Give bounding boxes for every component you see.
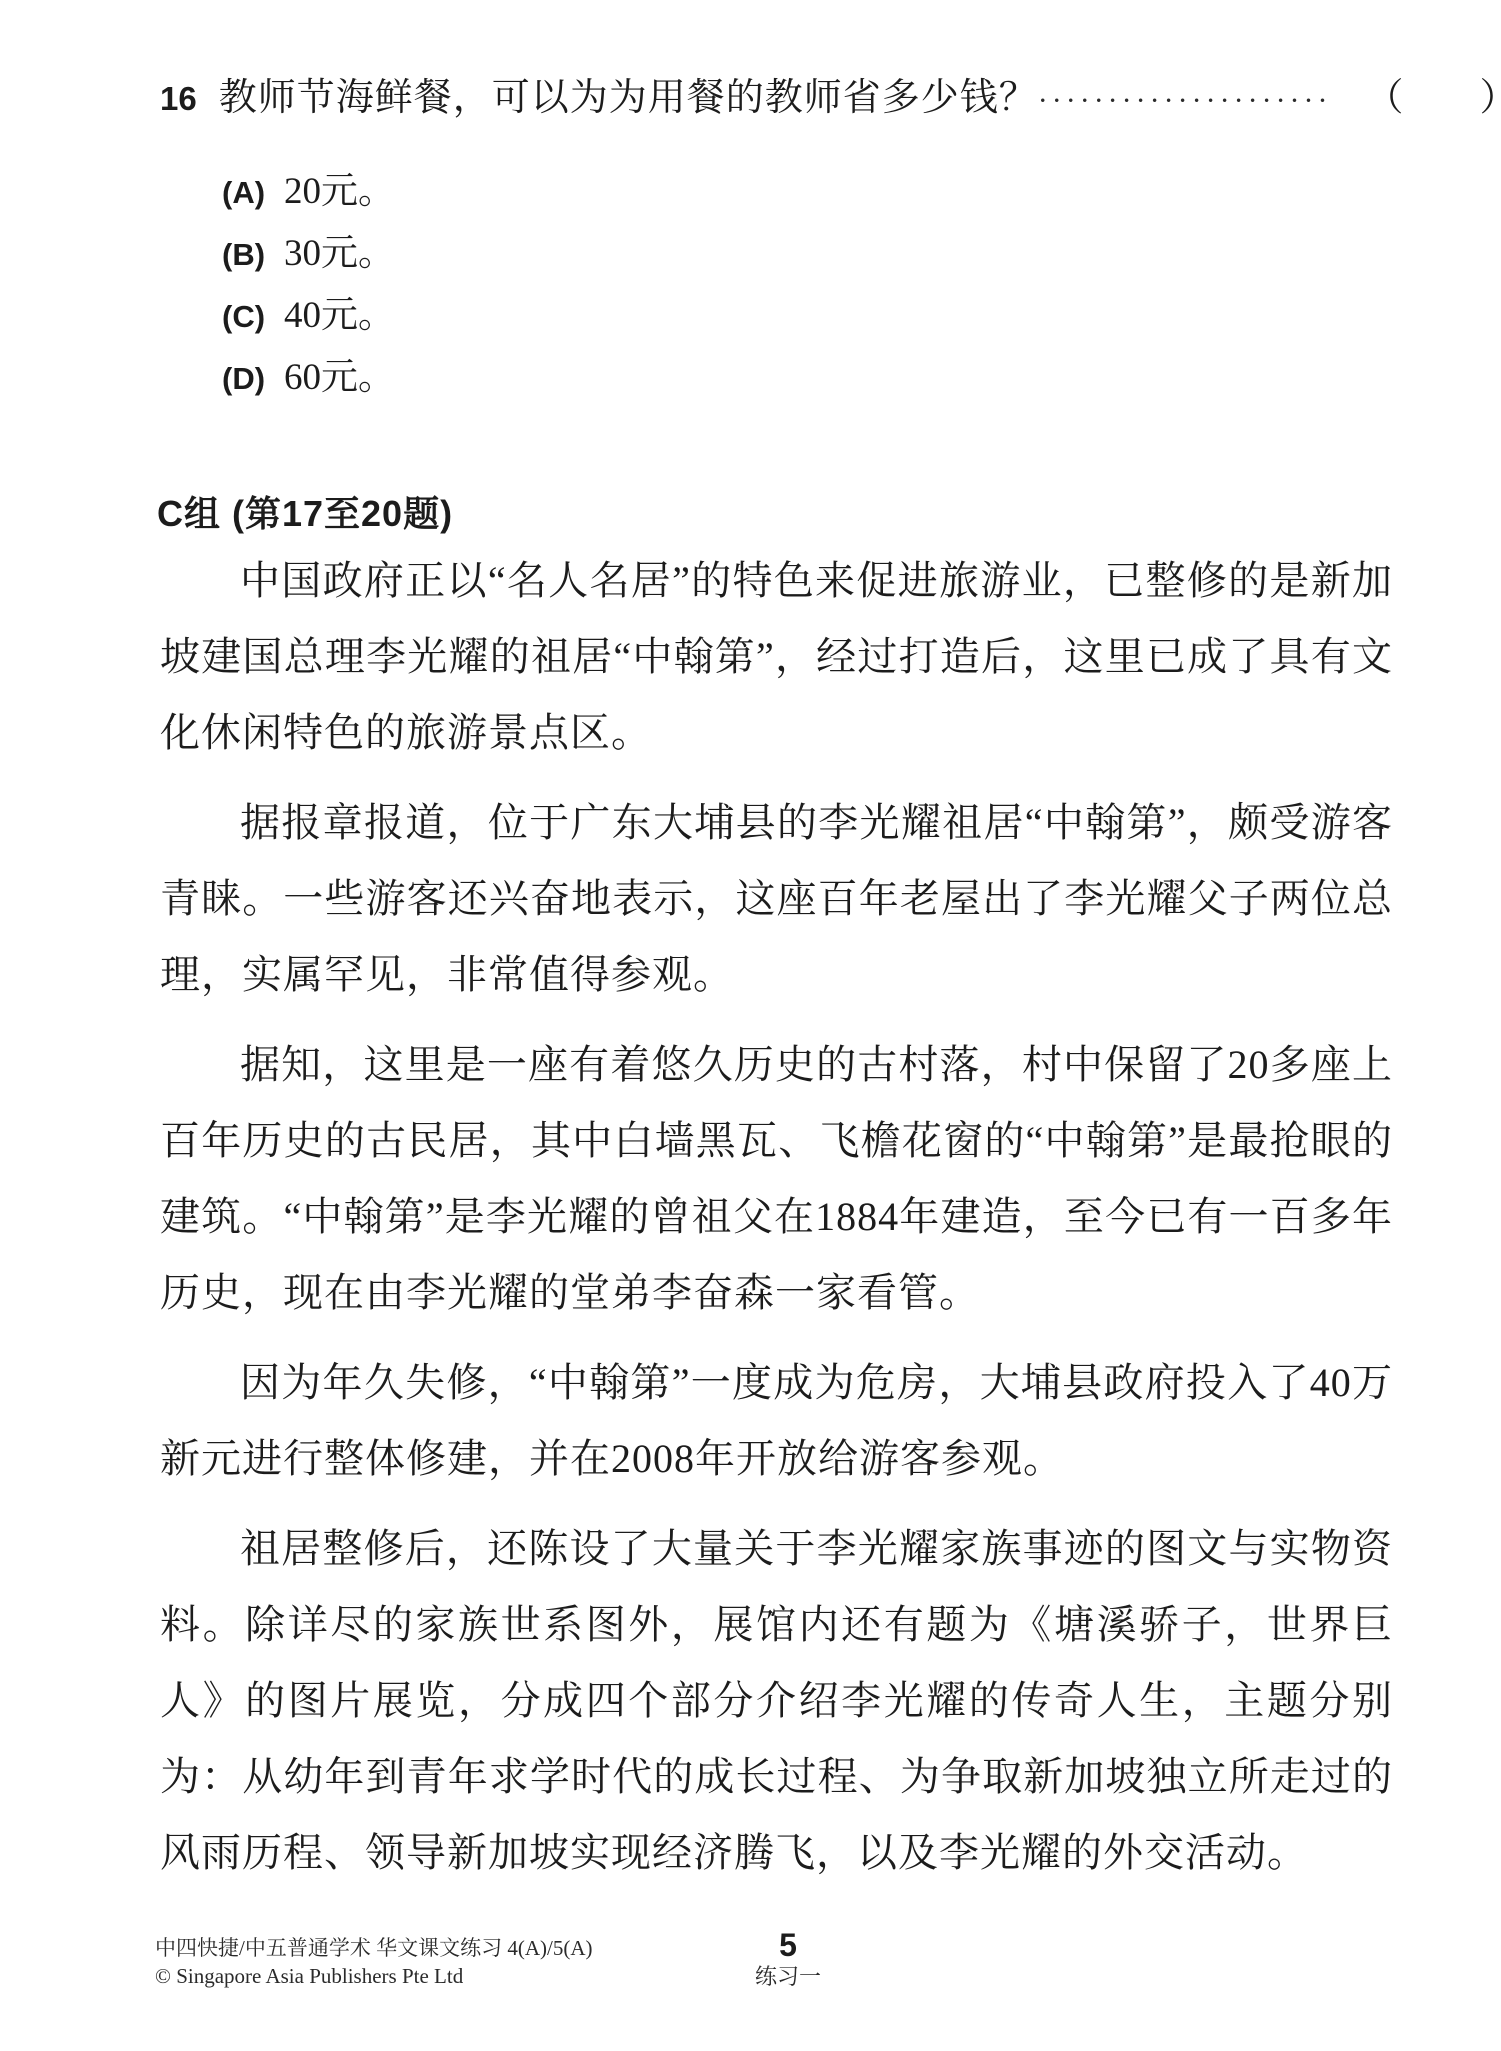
option-d-row: (D) 60元。	[222, 346, 395, 383]
option-a-row: (A) 20元。	[222, 160, 395, 197]
passage-paragraph-2: 据报章报道，位于广东大埔县的李光耀祖居“中翰第”，颇受游客青睐。一些游客还兴奋地…	[160, 785, 1393, 1013]
option-c-row: (C) 40元。	[222, 284, 395, 321]
footer-copyright-line: © Singapore Asia Publishers Pte Ltd	[155, 1962, 592, 1990]
passage-paragraph-3: 据知，这里是一座有着悠久历史的古村落，村中保留了20多座上百年历史的古民居，其中…	[160, 1027, 1393, 1331]
options-list: (A) 20元。 (B) 30元。 (C) 40元。 (D) 60元。	[222, 160, 395, 383]
option-b-row: (B) 30元。	[222, 222, 395, 259]
question-text: 教师节海鲜餐，可以为为用餐的教师省多少钱？	[219, 66, 1038, 121]
passage-paragraph-4: 因为年久失修，“中翰第”一度成为危房，大埔县政府投入了40万新元进行整体修建，并…	[160, 1345, 1393, 1497]
option-d-label: (D)	[222, 361, 284, 397]
section-c-heading: C组 (第17至20题)	[157, 486, 453, 537]
option-d-text: 60元。	[284, 346, 395, 400]
option-c-label: (C)	[222, 299, 284, 335]
option-a-label: (A)	[222, 175, 284, 211]
footer-series-line: 中四快捷/中五普通学术 华文课文练习 4(A)/5(A)	[155, 1934, 592, 1962]
textbook-page: 16 教师节海鲜餐，可以为为用餐的教师省多少钱？ ···············…	[0, 0, 1501, 2051]
question-16-row: 16 教师节海鲜餐，可以为为用餐的教师省多少钱？ ···············…	[160, 66, 1410, 121]
option-a-text: 20元。	[284, 160, 395, 214]
footer-publisher-block: 中四快捷/中五普通学术 华文课文练习 4(A)/5(A) © Singapore…	[155, 1934, 592, 1990]
leader-dots: ·····················	[1038, 84, 1332, 118]
passage-paragraph-1: 中国政府正以“名人名居”的特色来促进旅游业，已整修的是新加坡建国总理李光耀的祖居…	[160, 543, 1393, 771]
page-number: 5	[706, 1928, 870, 1962]
passage-paragraph-5: 祖居整修后，还陈设了大量关于李光耀家族事迹的图文与实物资料。除详尽的家族世系图外…	[160, 1511, 1393, 1891]
footer-page-block: 5 练习一	[706, 1928, 870, 1990]
option-b-label: (B)	[222, 237, 284, 273]
reading-passage: 中国政府正以“名人名居”的特色来促进旅游业，已整修的是新加坡建国总理李光耀的祖居…	[160, 543, 1393, 1905]
answer-brackets: （ ）	[1366, 66, 1501, 121]
option-b-text: 30元。	[284, 222, 395, 276]
question-number: 16	[160, 80, 197, 118]
option-c-text: 40元。	[284, 284, 395, 338]
page-label: 练习一	[706, 1964, 870, 1990]
